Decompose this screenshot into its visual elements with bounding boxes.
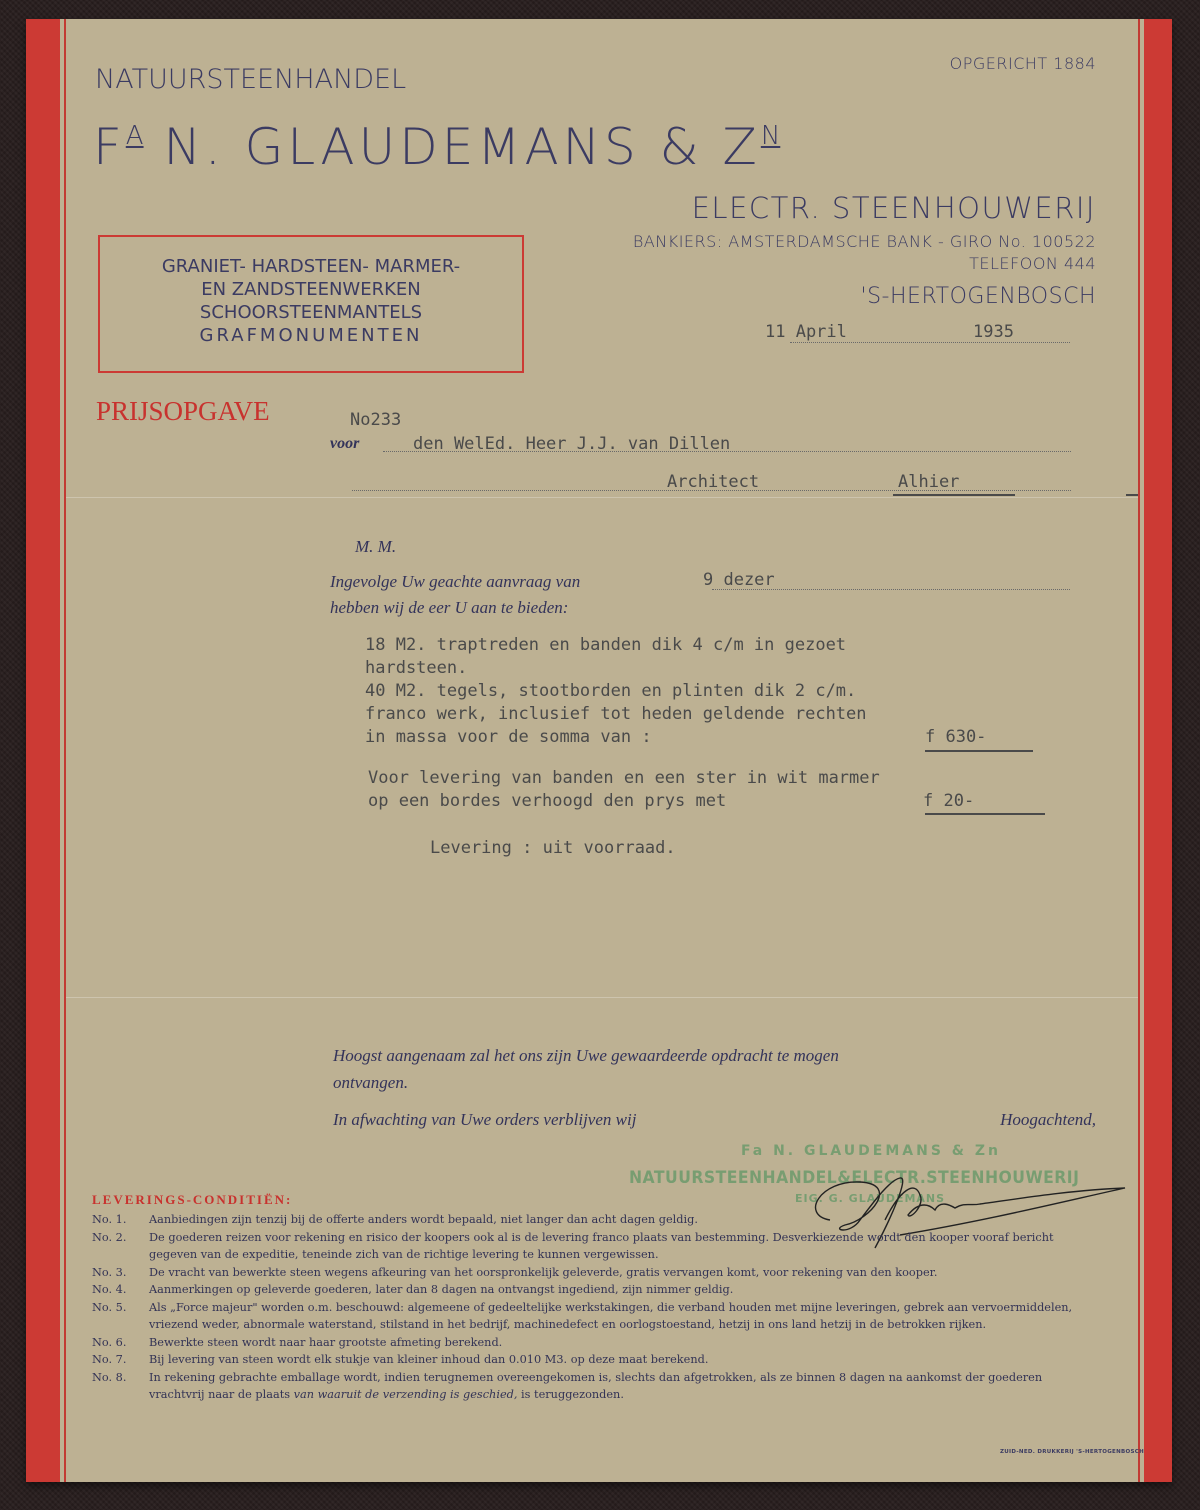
term-number: No. 7. bbox=[92, 1351, 149, 1369]
printer-imprint: ZUID-NED. DRUKKERIJ 'S-HERTOGENBOSCH bbox=[1000, 1449, 1144, 1455]
offer-line: 40 M2. tegels, stootborden en plinten di… bbox=[365, 681, 856, 701]
term-number: No. 6. bbox=[92, 1334, 149, 1352]
right-red-stripe bbox=[1144, 19, 1172, 1482]
company-stamp-line: Fa N. GLAUDEMANS & Zn bbox=[741, 1143, 1001, 1159]
term-item: No. 5.Als „Force majeur" worden o.m. bes… bbox=[92, 1299, 1092, 1334]
extra-price: f 20- bbox=[923, 791, 974, 811]
terms-title: LEVERINGS-CONDITIËN: bbox=[92, 1192, 292, 1208]
terms-list: No. 1.Aanbiedingen zijn tenzij bij de of… bbox=[92, 1211, 1092, 1404]
offer-line: in massa voor de somma van : bbox=[365, 727, 652, 747]
term-number: No. 3. bbox=[92, 1264, 149, 1282]
closing-line: In afwachting van Uwe orders verblijven … bbox=[333, 1110, 636, 1130]
offer-line: hardsteen. bbox=[365, 658, 467, 678]
founded-year: OPGERICHT 1884 bbox=[950, 54, 1096, 73]
trade-heading: NATUURSTEENHANDEL bbox=[95, 64, 406, 95]
term-item: No. 6.Bewerkte steen wordt naar haar gro… bbox=[92, 1334, 1092, 1352]
term-text: Als „Force majeur" worden o.m. beschouwd… bbox=[149, 1299, 1092, 1334]
extra-line: op een bordes verhoogd den prys met bbox=[368, 791, 726, 811]
term-text: Aanbiedingen zijn tenzij bij de offerte … bbox=[149, 1211, 1092, 1229]
term-text: In rekening gebrachte emballage wordt, i… bbox=[149, 1369, 1092, 1404]
offer-label: hebben wij de eer U aan te bieden: bbox=[330, 598, 568, 618]
firm-main: N. GLAUDEMANS & Z bbox=[163, 118, 760, 176]
fold-crease bbox=[66, 997, 1138, 998]
date-year: 1935 bbox=[973, 322, 1014, 342]
term-number: No. 1. bbox=[92, 1211, 149, 1229]
term-item: No. 8.In rekening gebrachte emballage wo… bbox=[92, 1369, 1092, 1404]
greeting: Hoogachtend, bbox=[1000, 1110, 1096, 1130]
left-red-stripe bbox=[26, 19, 60, 1482]
firm-suffix-sup: N bbox=[761, 121, 780, 151]
closing-line: ontvangen. bbox=[333, 1073, 408, 1093]
term-item: No. 4.Aanmerkingen op geleverde goederen… bbox=[92, 1281, 1092, 1299]
date-day-month: 11 April bbox=[765, 322, 847, 342]
salutation: M. M. bbox=[355, 537, 396, 557]
profession: Architect bbox=[667, 472, 759, 492]
fold-crease bbox=[66, 497, 1138, 498]
term-item: No. 3.De vracht van bewerkte steen wegen… bbox=[92, 1264, 1092, 1282]
extra-underline bbox=[925, 813, 1045, 815]
term-text-part: is teruggezonden. bbox=[517, 1388, 623, 1401]
total-price: f 630- bbox=[925, 727, 986, 747]
firm-subtitle: ELECTR. STEENHOUWERIJ bbox=[692, 191, 1096, 225]
product-line: SCHOORSTEENMANTELS bbox=[100, 301, 522, 324]
term-item: No. 2.De goederen reizen voor rekening e… bbox=[92, 1229, 1092, 1264]
term-number: No. 8. bbox=[92, 1369, 149, 1404]
products-box: GRANIET- HARDSTEEN- MARMER- EN ZANDSTEEN… bbox=[98, 235, 524, 373]
right-red-rule bbox=[1138, 19, 1140, 1482]
term-item: No. 1.Aanbiedingen zijn tenzij bij de of… bbox=[92, 1211, 1092, 1229]
date-dotted-line bbox=[790, 342, 1070, 343]
voor-label: voor bbox=[330, 435, 359, 453]
firm-name: FA N. GLAUDEMANS & ZN bbox=[93, 118, 780, 176]
request-label: Ingevolge Uw geachte aanvraag van bbox=[330, 572, 580, 592]
term-item: No. 7.Bij levering van steen wordt elk s… bbox=[92, 1351, 1092, 1369]
firm-prefix: F bbox=[93, 118, 126, 176]
term-text: De goederen reizen voor rekening en risi… bbox=[149, 1229, 1092, 1264]
location: Alhier bbox=[898, 472, 959, 492]
term-number: No. 5. bbox=[92, 1299, 149, 1334]
fold-mark bbox=[1126, 494, 1138, 496]
term-text: Aanmerkingen op geleverde goederen, late… bbox=[149, 1281, 1092, 1299]
phone-info: TELEFOON 444 bbox=[969, 254, 1096, 273]
bank-info: BANKIERS: AMSTERDAMSCHE BANK - GIRO No. … bbox=[633, 232, 1096, 251]
term-text: Bewerkte steen wordt naar haar grootste … bbox=[149, 1334, 1092, 1352]
left-red-rule bbox=[64, 19, 66, 1482]
product-line: GRANIET- HARDSTEEN- MARMER- bbox=[100, 255, 522, 278]
firm-prefix-sup: A bbox=[126, 121, 144, 151]
quote-title: PRIJSOPGAVE bbox=[96, 396, 270, 427]
term-text: De vracht van bewerkte steen wegens afke… bbox=[149, 1264, 1092, 1282]
offer-line: 18 M2. traptreden en banden dik 4 c/m in… bbox=[365, 635, 846, 655]
term-text: Bij levering van steen wordt elk stukje … bbox=[149, 1351, 1092, 1369]
extra-line: Voor levering van banden en een ster in … bbox=[368, 768, 880, 788]
product-line: GRAFMONUMENTEN bbox=[100, 324, 522, 347]
delivery-note: Levering : uit voorraad. bbox=[430, 838, 676, 858]
city: 'S-HERTOGENBOSCH bbox=[861, 284, 1096, 309]
term-number: No. 4. bbox=[92, 1281, 149, 1299]
term-number: No. 2. bbox=[92, 1229, 149, 1264]
term-text-emphasis: van waaruit de verzending is geschied, bbox=[294, 1388, 518, 1401]
location-underline bbox=[893, 494, 1015, 496]
quote-number: No233 bbox=[350, 410, 401, 430]
product-line: EN ZANDSTEENWERKEN bbox=[100, 278, 522, 301]
closing-line: Hoogst aangenaam zal het ons zijn Uwe ge… bbox=[333, 1046, 839, 1066]
request-value: 9 dezer bbox=[703, 570, 775, 590]
total-underline bbox=[925, 750, 1033, 752]
offer-line: franco werk, inclusief tot heden geldend… bbox=[365, 704, 867, 724]
addressee: den WelEd. Heer J.J. van Dillen bbox=[413, 434, 730, 454]
